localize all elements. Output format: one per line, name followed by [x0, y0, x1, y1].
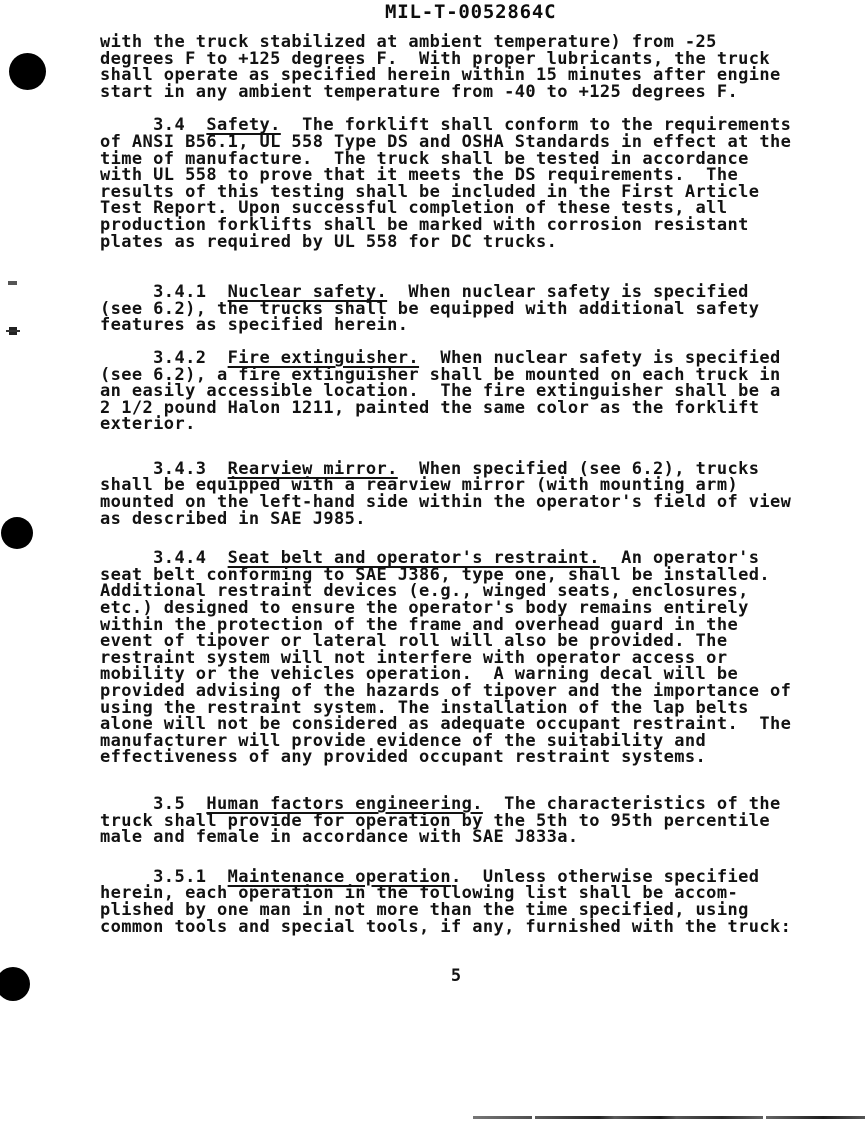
hole-punch-dot-bottom — [0, 967, 30, 1001]
text-line: common tools and special tools, if any, … — [100, 919, 830, 936]
text-line: exterior. — [100, 416, 830, 433]
section-3-4-safety: 3.4 Safety. The forklift shall conform t… — [100, 117, 830, 250]
text-line: features as specified herein. — [100, 317, 830, 334]
para-continuation: with the truck stabilized at ambient tem… — [100, 34, 830, 100]
section-3-4-1-nuclear-safety: 3.4.1 Nuclear safety. When nuclear safet… — [100, 284, 830, 334]
section-3-5-human-factors: 3.5 Human factors engineering. The chara… — [100, 796, 830, 846]
text-line: effectiveness of any provided occupant r… — [100, 749, 830, 766]
scan-artifact-line-segment-3 — [766, 1116, 865, 1119]
section-3-5-1-maintenance-operation: 3.5.1 Maintenance operation. Unless othe… — [100, 869, 830, 935]
scanned-document-page: { "doc_header": { "doc_number": "MIL-T-0… — [0, 0, 865, 1123]
doc-number-header: MIL-T-0052864C — [385, 1, 556, 23]
text-line: plates as required by UL 558 for DC truc… — [100, 234, 830, 251]
text-line: 2 1/2 pound Halon 1211, painted the same… — [100, 400, 830, 417]
text-line: as described in SAE J985. — [100, 511, 830, 528]
section-3-4-4-seat-belt-restraint: 3.4.4 Seat belt and operator's restraint… — [100, 550, 830, 766]
hole-punch-dot-top — [9, 53, 46, 90]
document-body: with the truck stabilized at ambient tem… — [100, 34, 830, 935]
text-line: male and female in accordance with SAE J… — [100, 829, 830, 846]
scan-artifact-line-segment-2 — [535, 1116, 763, 1119]
scan-speck-2 — [9, 327, 17, 335]
page-number: 5 — [451, 966, 461, 986]
scan-artifact-line-segment-1 — [473, 1116, 532, 1119]
text-line: start in any ambient temperature from -4… — [100, 84, 830, 101]
scan-speck-1 — [8, 281, 17, 285]
section-3-4-3-rearview-mirror: 3.4.3 Rearview mirror. When specified (s… — [100, 461, 830, 527]
hole-punch-dot-middle — [1, 517, 33, 549]
section-3-4-2-fire-extinguisher: 3.4.2 Fire extinguisher. When nuclear sa… — [100, 350, 830, 433]
